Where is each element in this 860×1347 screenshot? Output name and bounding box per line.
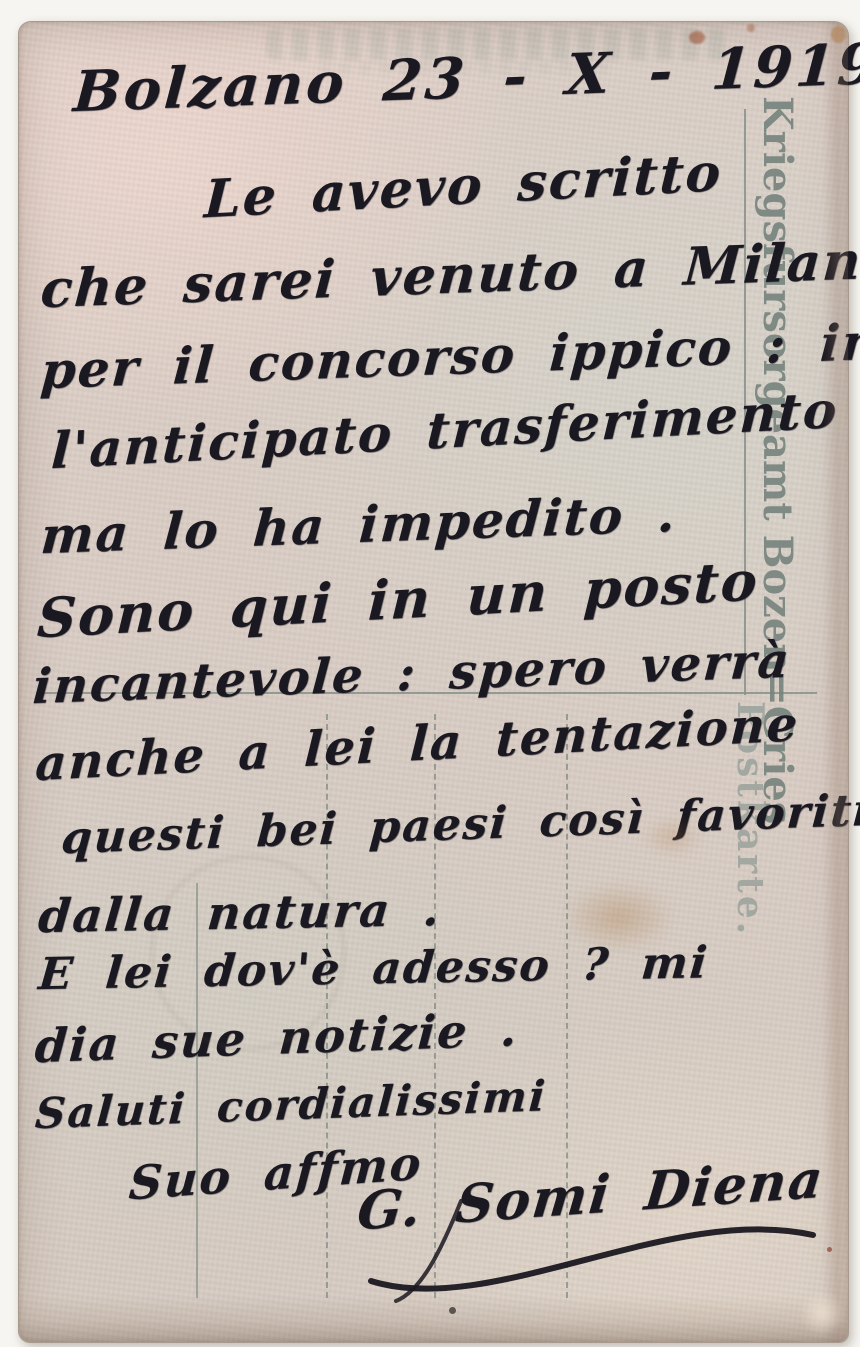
foxing-spot-small (747, 24, 755, 32)
embossed-circle-crease (151, 856, 345, 1050)
scanned-postcard-photo: Kriegsfürsorgeamt Bozen=Gries Postkarte.… (0, 0, 860, 1347)
bottom-edge-wear (19, 1296, 848, 1342)
brown-stain-small (641, 816, 703, 858)
brown-stain (561, 881, 676, 953)
postcard-back: Kriegsfürsorgeamt Bozen=Gries Postkarte.… (18, 21, 849, 1343)
worn-corner-chip (831, 26, 846, 43)
right-edge-crease (822, 22, 848, 1342)
worn-corner-light-patch (799, 1290, 845, 1336)
foxing-spot (689, 31, 705, 44)
signature-flourish (341, 1141, 841, 1311)
